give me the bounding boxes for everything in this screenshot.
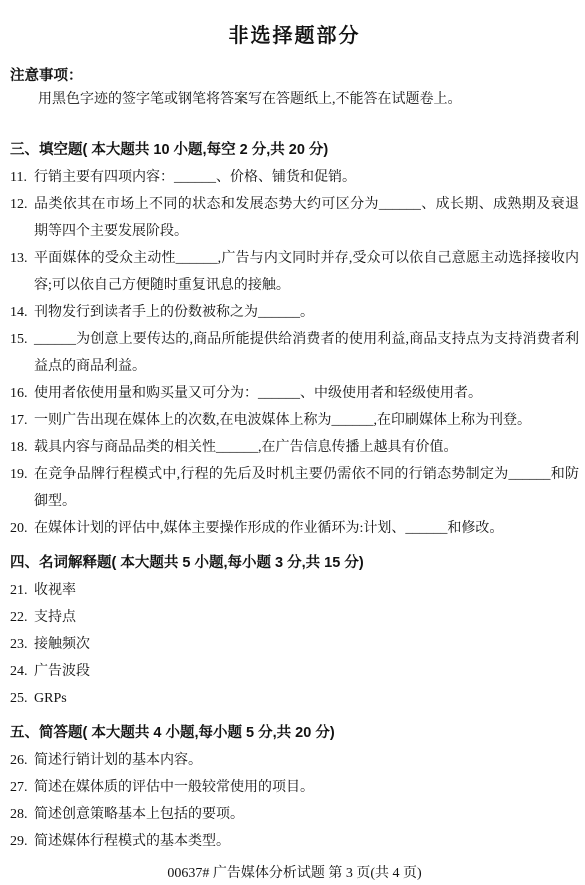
question-text: 载具内容与商品品类的相关性______,在广告信息传播上越具有价值。 <box>34 434 579 461</box>
question-number: 13. <box>10 245 34 299</box>
notice-text: 用黑色字迹的签字笔或钢笔将答案写在答题纸上,不能答在试题卷上。 <box>10 88 579 112</box>
question-text: 品类依其在市场上不同的状态和发展态势大约可区分为______、成长期、成熟期及衰… <box>34 191 579 245</box>
question-text: 简述在媒体质的评估中一般较常使用的项目。 <box>34 774 579 801</box>
question-item: 20.在媒体计划的评估中,媒体主要操作形成的作业循环为:计划、______和修改… <box>10 515 579 542</box>
question-text: 一则广告出现在媒体上的次数,在电波媒体上称为______,在印刷媒体上称为刊登。 <box>34 407 579 434</box>
question-item: 11.行销主要有四项内容：______、价格、铺货和促销。 <box>10 164 579 191</box>
question-item: 22.支持点 <box>10 604 579 631</box>
section-heading: 三、填空题( 本大题共 10 小题,每空 2 分,共 20 分) <box>10 137 579 164</box>
question-text: 支持点 <box>34 604 579 631</box>
question-number: 16. <box>10 380 34 407</box>
question-number: 11. <box>10 164 34 191</box>
question-number: 26. <box>10 747 34 774</box>
question-number: 23. <box>10 631 34 658</box>
question-number: 25. <box>10 685 34 712</box>
question-item: 17.一则广告出现在媒体上的次数,在电波媒体上称为______,在印刷媒体上称为… <box>10 407 579 434</box>
question-item: 26.简述行销计划的基本内容。 <box>10 747 579 774</box>
question-item: 15.______为创意上要传达的,商品所能提供给消费者的使用利益,商品支持点为… <box>10 326 579 380</box>
section-heading: 五、简答题( 本大题共 4 小题,每小题 5 分,共 20 分) <box>10 720 579 747</box>
question-number: 20. <box>10 515 34 542</box>
question-text: 平面媒体的受众主动性______,广告与内文同时并存,受众可以依自己意愿主动选择… <box>34 245 579 299</box>
question-text: 简述媒体行程模式的基本类型。 <box>34 828 579 855</box>
question-item: 16.使用者依使用量和购买量又可分为：______、中级使用者和轻级使用者。 <box>10 380 579 407</box>
question-item: 29.简述媒体行程模式的基本类型。 <box>10 828 579 855</box>
question-text: 简述行销计划的基本内容。 <box>34 747 579 774</box>
question-text: 简述创意策略基本上包括的要项。 <box>34 801 579 828</box>
page-title: 非选择题部分 <box>10 22 579 50</box>
question-text: 使用者依使用量和购买量又可分为：______、中级使用者和轻级使用者。 <box>34 380 579 407</box>
question-number: 15. <box>10 326 34 380</box>
question-number: 22. <box>10 604 34 631</box>
question-number: 18. <box>10 434 34 461</box>
notice-heading: 注意事项： <box>10 64 579 88</box>
question-number: 14. <box>10 299 34 326</box>
question-item: 18.载具内容与商品品类的相关性______,在广告信息传播上越具有价值。 <box>10 434 579 461</box>
page-footer: 00637# 广告媒体分析试题 第 3 页(共 4 页) <box>10 860 579 885</box>
exam-document-page: 非选择题部分 注意事项： 用黑色字迹的签字笔或钢笔将答案写在答题纸上,不能答在试… <box>0 0 585 885</box>
question-number: 28. <box>10 801 34 828</box>
question-text: 广告波段 <box>34 658 579 685</box>
question-item: 21.收视率 <box>10 577 579 604</box>
section-heading: 四、名词解释题( 本大题共 5 小题,每小题 3 分,共 15 分) <box>10 550 579 577</box>
question-text: 接触频次 <box>34 631 579 658</box>
question-text: GRPs <box>34 685 579 712</box>
question-item: 12.品类依其在市场上不同的状态和发展态势大约可区分为______、成长期、成熟… <box>10 191 579 245</box>
question-text: 在媒体计划的评估中,媒体主要操作形成的作业循环为:计划、______和修改。 <box>34 515 579 542</box>
question-item: 27.简述在媒体质的评估中一般较常使用的项目。 <box>10 774 579 801</box>
question-item: 23.接触频次 <box>10 631 579 658</box>
question-item: 13.平面媒体的受众主动性______,广告与内文同时并存,受众可以依自己意愿主… <box>10 245 579 299</box>
question-item: 28.简述创意策略基本上包括的要项。 <box>10 801 579 828</box>
question-text: 收视率 <box>34 577 579 604</box>
sections-container: 三、填空题( 本大题共 10 小题,每空 2 分,共 20 分)11.行销主要有… <box>10 137 579 855</box>
question-number: 24. <box>10 658 34 685</box>
question-item: 24.广告波段 <box>10 658 579 685</box>
question-number: 21. <box>10 577 34 604</box>
question-number: 19. <box>10 461 34 515</box>
section-2: 五、简答题( 本大题共 4 小题,每小题 5 分,共 20 分)26.简述行销计… <box>10 720 579 855</box>
question-number: 27. <box>10 774 34 801</box>
question-item: 14.刊物发行到读者手上的份数被称之为______。 <box>10 299 579 326</box>
section-0: 三、填空题( 本大题共 10 小题,每空 2 分,共 20 分)11.行销主要有… <box>10 137 579 542</box>
section-1: 四、名词解释题( 本大题共 5 小题,每小题 3 分,共 15 分)21.收视率… <box>10 550 579 712</box>
question-text: ______为创意上要传达的,商品所能提供给消费者的使用利益,商品支持点为支持消… <box>34 326 579 380</box>
question-item: 25.GRPs <box>10 685 579 712</box>
question-text: 刊物发行到读者手上的份数被称之为______。 <box>34 299 579 326</box>
question-number: 29. <box>10 828 34 855</box>
question-number: 17. <box>10 407 34 434</box>
question-text: 行销主要有四项内容：______、价格、铺货和促销。 <box>34 164 579 191</box>
question-text: 在竞争品牌行程模式中,行程的先后及时机主要仍需依不同的行销态势制定为______… <box>34 461 579 515</box>
question-number: 12. <box>10 191 34 245</box>
question-item: 19.在竞争品牌行程模式中,行程的先后及时机主要仍需依不同的行销态势制定为___… <box>10 461 579 515</box>
